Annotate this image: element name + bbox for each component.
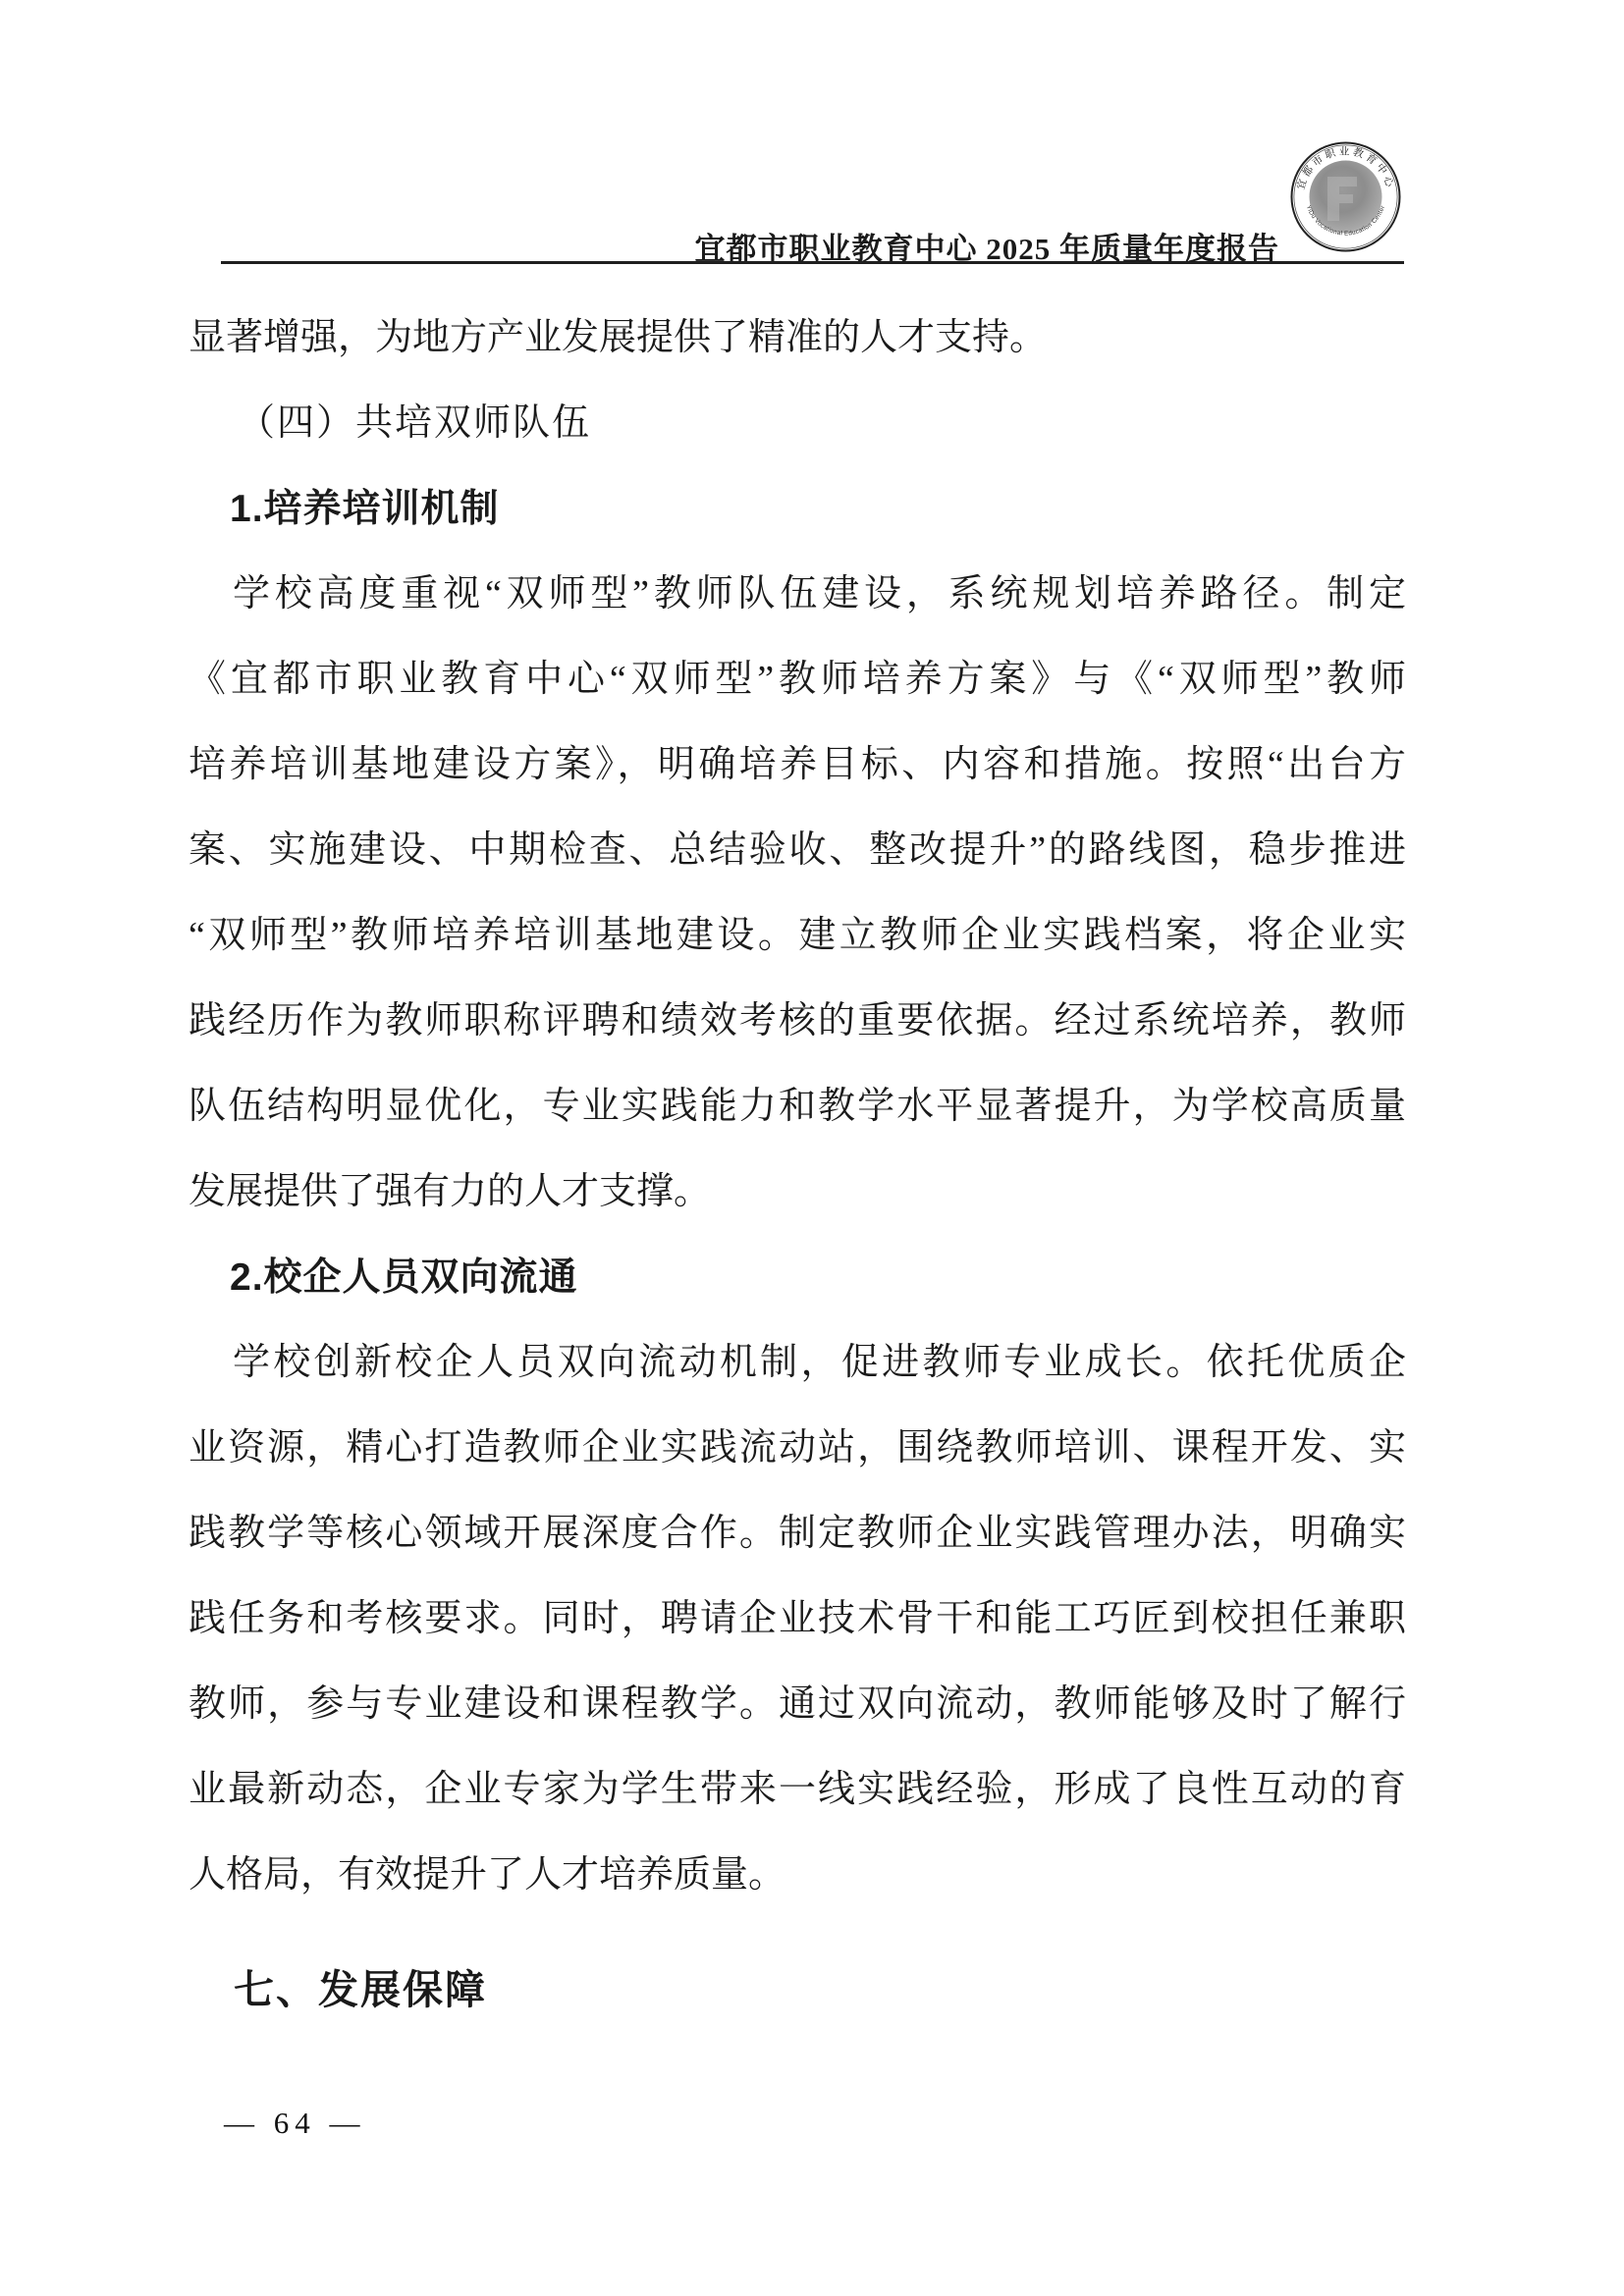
- sub1-paragraph-line: 队伍结构明显优化，专业实践能力和教学水平显著提升，为学校高质量: [189, 1064, 1406, 1149]
- section-heading-4: （四）共培双师队伍: [189, 381, 1406, 466]
- sub2-paragraph-line: 践任务和考核要求。同时，聘请企业技术骨干和能工巧匠到校担任兼职: [189, 1576, 1406, 1662]
- paragraph-continuation-line: 显著增强，为地方产业发展提供了精准的人才支持。: [189, 295, 1406, 381]
- sub1-paragraph-line: 践经历作为教师职称评聘和绩效考核的重要依据。经过系统培养，教师: [189, 979, 1406, 1064]
- report-page: { "header": { "title": "宜都市职业教育中心 2025 年…: [0, 0, 1624, 2296]
- sub2-paragraph-line: 人格局，有效提升了人才培养质量。: [189, 1833, 1406, 1918]
- chapter-heading-7: 七、发展保障: [189, 1948, 1406, 2033]
- sub2-paragraph-line: 学校创新校企人员双向流动机制，促进教师专业成长。依托优质企: [189, 1320, 1406, 1406]
- sub2-paragraph-line: 践教学等核心领域开展深度合作。制定教师企业实践管理办法，明确实: [189, 1491, 1406, 1576]
- subsection-heading-1: 1.培养培训机制: [189, 466, 1406, 552]
- sub1-paragraph-line: 学校高度重视“双师型”教师队伍建设，系统规划培养路径。制定: [189, 552, 1406, 637]
- document-body: 显著增强，为地方产业发展提供了精准的人才支持。 （四）共培双师队伍 1.培养培训…: [189, 295, 1406, 2033]
- sub1-paragraph-line: 培养培训基地建设方案》，明确培养目标、内容和措施。按照“出台方: [189, 722, 1406, 808]
- sub1-paragraph-line: 发展提供了强有力的人才支撑。: [189, 1149, 1406, 1235]
- sub1-paragraph-line: 案、实施建设、中期检查、总结验收、整改提升”的路线图，稳步推进: [189, 808, 1406, 893]
- header-divider-rule: [221, 261, 1404, 264]
- page-number: — 64 —: [224, 2106, 366, 2141]
- sub2-paragraph-line: 教师，参与专业建设和课程教学。通过双向流动，教师能够及时了解行: [189, 1662, 1406, 1747]
- subsection-heading-2: 2.校企人员双向流通: [189, 1235, 1406, 1320]
- sub1-paragraph-line: “双师型”教师培养培训基地建设。建立教师企业实践档案，将企业实: [189, 893, 1406, 979]
- sub1-paragraph-line: 《宜都市职业教育中心“双师型”教师培养方案》与《“双师型”教师: [189, 637, 1406, 722]
- sub2-paragraph-line: 业资源，精心打造教师企业实践流动站，围绕教师培训、课程开发、实: [189, 1406, 1406, 1491]
- sub2-paragraph-line: 业最新动态，企业专家为学生带来一线实践经验，形成了良性互动的育: [189, 1747, 1406, 1833]
- school-seal-logo: 宜都市职业教育中心 YiDu Vocational Education Cent…: [1290, 141, 1401, 252]
